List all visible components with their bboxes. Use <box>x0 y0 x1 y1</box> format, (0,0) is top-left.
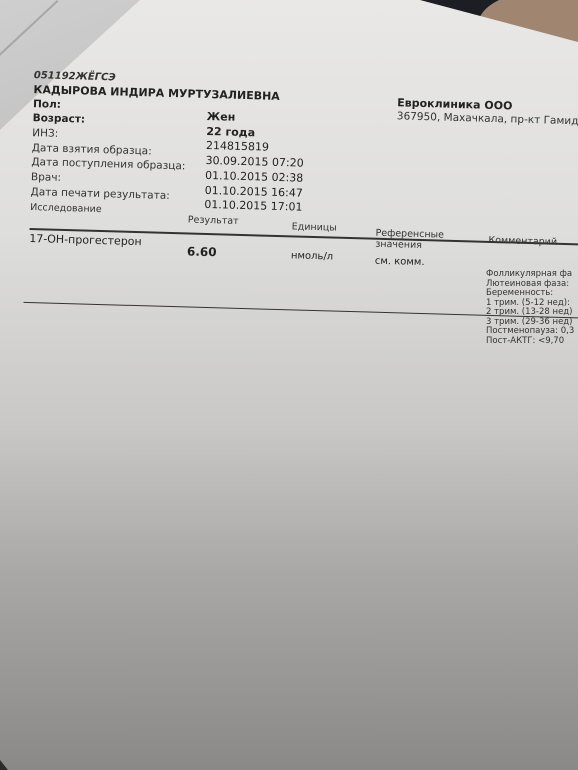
row-reference: см. комм. <box>375 256 425 268</box>
field-value-doctor: 01.10.2015 16:47 <box>205 184 304 200</box>
field-label-doctor: Врач: <box>31 171 61 184</box>
field-value-receipt-date: 01.10.2015 02:38 <box>205 169 304 185</box>
field-label-inz: ИНЗ: <box>32 127 58 140</box>
row-comment: Фолликулярная фаЛютеиновая фаза:Беременн… <box>486 270 574 346</box>
patient-code: 051192ЖЁГСЭ <box>34 70 116 83</box>
column-header-reference-2: значения <box>375 239 422 251</box>
row-test-name: 17-ОН-прогестерон <box>29 232 142 248</box>
row-units: нмоль/л <box>291 250 334 262</box>
field-value-sex: Жен <box>207 110 236 124</box>
field-label-print-date: Дата печати результата: <box>30 186 170 202</box>
field-label-sample-date: Дата взятия образца: <box>32 142 152 157</box>
field-value-age: 22 года <box>206 125 255 139</box>
field-label-age: Возраст: <box>32 112 85 125</box>
field-value-print-date: 01.10.2015 17:01 <box>204 198 303 214</box>
clinic-address: 367950, Махачкала, пр-кт Гамидо <box>397 110 578 127</box>
patient-name: КАДЫРОВА ИНДИРА МУРТУЗАЛИЕВНА <box>33 83 280 103</box>
column-header-test: Исследование <box>30 202 102 215</box>
field-value-sample-date: 30.09.2015 07:20 <box>205 154 304 170</box>
lab-report: 051192ЖЁГСЭ КАДЫРОВА ИНДИРА МУРТУЗАЛИЕВН… <box>0 0 578 415</box>
column-header-units: Единицы <box>292 221 337 233</box>
row-result: 6.60 <box>187 244 217 259</box>
column-header-result: Результат <box>188 214 239 226</box>
field-label-receipt-date: Дата поступления образца: <box>31 156 185 172</box>
comment-line: Пост-АКТГ: <9,70 <box>486 337 574 347</box>
field-value-inz: 214815819 <box>206 139 269 154</box>
field-label-sex: Пол: <box>33 98 61 111</box>
